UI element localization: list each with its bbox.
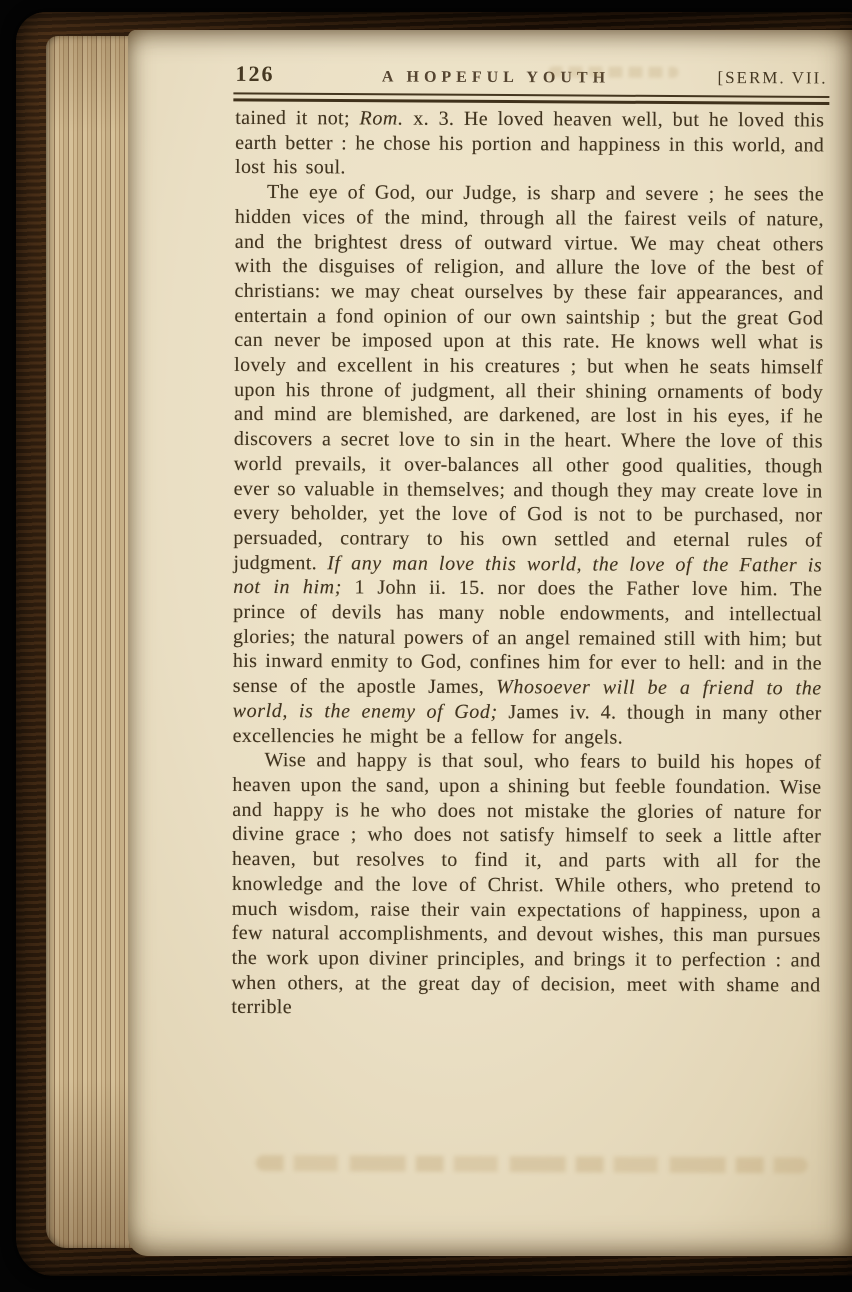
scanned-book-photo: 126 A HOPEFUL YOUTH [SERM. VII. tained i… bbox=[0, 0, 852, 1292]
paragraph: tained it not; Rom. x. 3. He loved heave… bbox=[235, 106, 824, 183]
page-number: 126 bbox=[235, 61, 274, 87]
paragraph: Wise and happy is that soul, who fears t… bbox=[231, 748, 821, 1022]
text-segment: tained it not; bbox=[235, 107, 359, 130]
scripture-quote: Rom. bbox=[359, 107, 403, 129]
bleedthrough-ghost-text bbox=[256, 1155, 808, 1173]
page-edge-stack bbox=[46, 36, 138, 1248]
book-page: 126 A HOPEFUL YOUTH [SERM. VII. tained i… bbox=[128, 30, 852, 1256]
page-header: 126 A HOPEFUL YOUTH [SERM. VII. bbox=[235, 61, 827, 90]
body-text: tained it not; Rom. x. 3. He loved heave… bbox=[231, 106, 824, 1023]
bleedthrough-ghost-header bbox=[548, 66, 678, 78]
paragraph: The eye of God, our Judge, is sharp and … bbox=[233, 180, 824, 751]
text-segment: The eye of God, our Judge, is sharp and … bbox=[233, 181, 824, 574]
section-label: [SERM. VII. bbox=[717, 68, 827, 88]
text-segment: Wise and happy is that soul, who fears t… bbox=[231, 749, 821, 1018]
page-content: 126 A HOPEFUL YOUTH [SERM. VII. tained i… bbox=[125, 28, 852, 1257]
header-rule bbox=[233, 92, 829, 105]
